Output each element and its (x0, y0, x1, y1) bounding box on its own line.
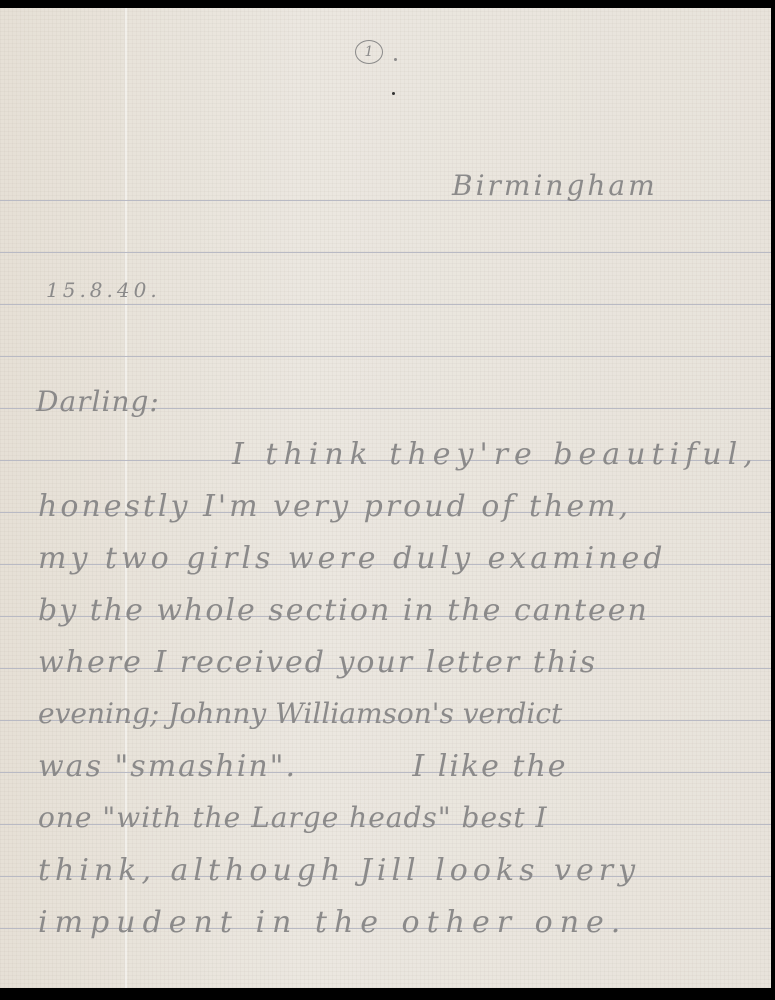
letter-line-2: honestly I'm very proud of them, (38, 492, 631, 522)
ruled-line (0, 252, 771, 253)
letter-line-5: where I received your letter this (38, 648, 597, 678)
page-number: 1 (355, 40, 383, 64)
letter-line-10: impudent in the other one. (38, 908, 627, 938)
ruled-line (0, 356, 771, 357)
page-number-period (394, 58, 397, 61)
letter-page: 1 Birmingham 15.8.40. Darling: I think t… (0, 8, 771, 988)
letter-line-7: was "smashin". I like the (38, 752, 568, 782)
letter-line-6: evening; Johnny Williamson's verdict (38, 700, 562, 728)
letter-line-9: think, although Jill looks very (38, 856, 640, 886)
letter-line-3: my two girls were duly examined (38, 544, 666, 574)
letter-salutation: Darling: (36, 388, 160, 416)
letter-date: 15.8.40. (46, 280, 161, 300)
letter-place: Birmingham (452, 172, 658, 200)
ruled-line (0, 304, 771, 305)
letter-line-1: I think they're beautiful, (232, 440, 759, 470)
letter-line-4: by the whole section in the canteen (38, 596, 649, 626)
ink-speck (392, 92, 395, 95)
letter-line-8: one "with the Large heads" best I (38, 804, 548, 832)
